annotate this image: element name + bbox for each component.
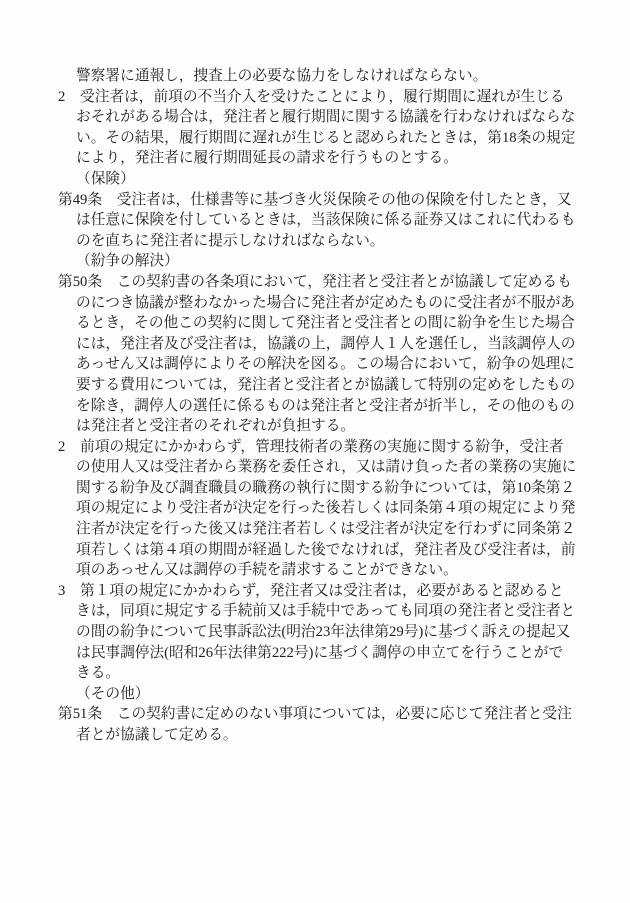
text-line-paragraph-start: 2 受注者は，前項の不当介入を受けたことにより，履行期間に遅れが生じる (58, 87, 578, 108)
text-line-continuation: きは，同項に規定する手続前又は手続中であっても同項の発注者と受注者と (58, 601, 578, 622)
text-line-heading: （その他） (58, 684, 578, 705)
text-line-continuation: には，発注者及び受注者は，協議の上，調停人１人を選任し，当該調停人の (58, 334, 578, 355)
text-line-continuation: は民事調停法(昭和26年法律第222号)に基づく調停の申立てを行うことがで (58, 643, 578, 664)
text-line-heading: （紛争の解決） (58, 251, 578, 272)
text-line-paragraph-start: 2 前項の規定にかかわらず，管理技術者の業務の実施に関する紛争，受注者 (58, 437, 578, 458)
text-line-continuation: の使用人又は受注者から業務を委任され，又は請け負った者の業務の実施に (58, 457, 578, 478)
text-line-continuation: い。その結果，履行期間に遅れが生じると認められたときは，第18条の規定 (58, 128, 578, 149)
text-line-continuation: のにつき協議が整わなかった場合に発注者が定めたものに受注者が不服があ (58, 293, 578, 314)
text-line-paragraph-start: 3 第１項の規定にかかわらず，発注者又は受注者は，必要があると認めると (58, 581, 578, 602)
text-line-continuation: は発注者と受注者のそれぞれが負担する。 (58, 416, 578, 437)
text-line-continuation: 警察署に通報し，捜査上の必要な協力をしなければならない。 (58, 66, 578, 87)
text-line-continuation: きる。 (58, 663, 578, 684)
text-line-continuation: の間の紛争について民事訴訟法(明治23年法律第29号)に基づく訴えの提起又 (58, 622, 578, 643)
text-line-continuation: のを直ちに発注者に提示しなければならない。 (58, 231, 578, 252)
text-line-article-start: 第50条 この契約書の各条項において，発注者と受注者とが協議して定めるも (58, 272, 578, 293)
document-body: 警察署に通報し，捜査上の必要な協力をしなければならない。2 受注者は，前項の不当… (58, 66, 578, 746)
text-line-heading: （保険） (58, 169, 578, 190)
text-line-continuation: おそれがある場合は，発注者と履行期間に関する協議を行わなければならな (58, 107, 578, 128)
text-line-continuation: 関する紛争及び調査職員の職務の執行に関する紛争については，第10条第２ (58, 478, 578, 499)
text-line-continuation: 者とが協議して定める。 (58, 725, 578, 746)
document-page: 警察署に通報し，捜査上の必要な協力をしなければならない。2 受注者は，前項の不当… (0, 0, 630, 903)
text-line-continuation: 注者が決定を行った後又は発注者若しくは受注者が決定を行わずに同条第２ (58, 519, 578, 540)
text-line-continuation: 項若しくは第４項の期間が経過した後でなければ，発注者及び受注者は，前 (58, 540, 578, 561)
text-line-continuation: 項のあっせん又は調停の手続を請求することができない。 (58, 560, 578, 581)
text-line-continuation: あっせん又は調停によりその解決を図る。この場合において，紛争の処理に (58, 354, 578, 375)
text-line-continuation: 要する費用については，発注者と受注者とが協議して特別の定めをしたもの (58, 375, 578, 396)
text-line-article-start: 第49条 受注者は，仕様書等に基づき火災保険その他の保険を付したとき，又 (58, 190, 578, 211)
text-line-continuation: により，発注者に履行期間延長の請求を行うものとする。 (58, 148, 578, 169)
text-line-continuation: 項の規定により受注者が決定を行った後若しくは同条第４項の規定により発 (58, 498, 578, 519)
text-line-continuation: は任意に保険を付しているときは，当該保険に係る証券又はこれに代わるも (58, 210, 578, 231)
text-line-article-start: 第51条 この契約書に定めのない事項については，必要に応じて発注者と受注 (58, 704, 578, 725)
text-line-continuation: るとき，その他この契約に関して発注者と受注者との間に紛争を生じた場合 (58, 313, 578, 334)
text-line-continuation: を除き，調停人の選任に係るものは発注者と受注者が折半し，その他のもの (58, 396, 578, 417)
